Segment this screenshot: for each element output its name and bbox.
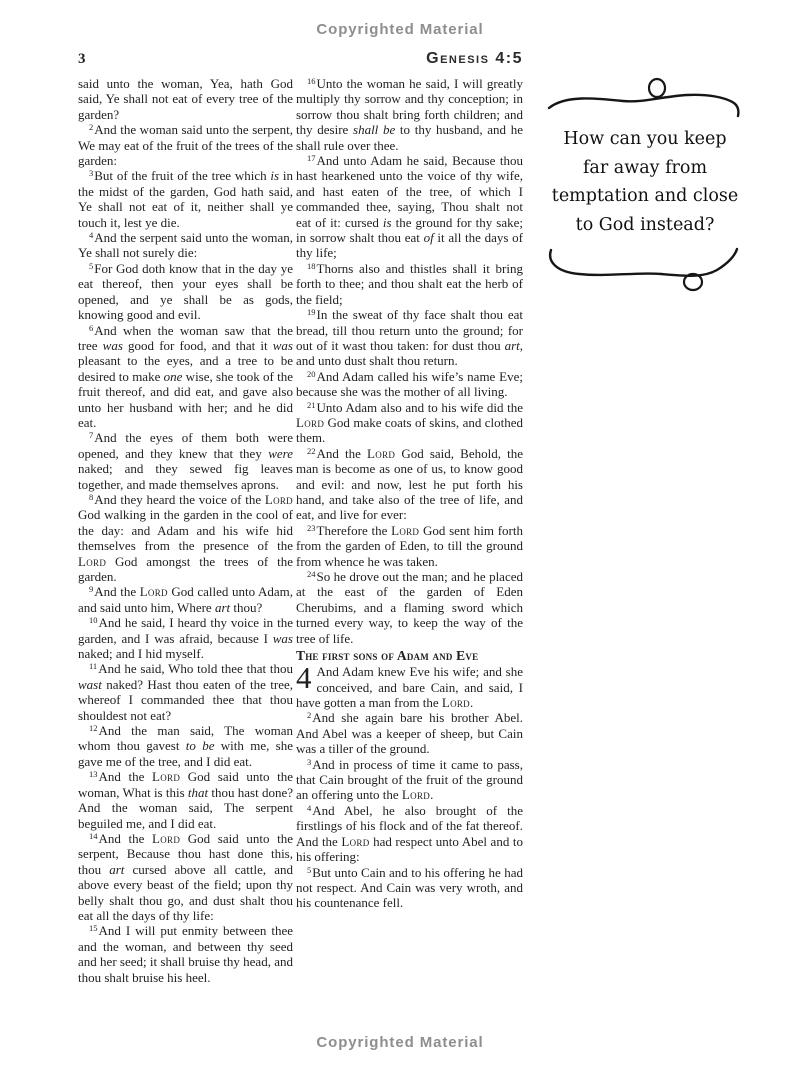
verse-number: 9: [89, 584, 93, 594]
lord-smallcaps: Lord: [341, 834, 369, 849]
verse: 14And the Lord God said unto the serpent…: [78, 831, 293, 923]
verse: 5But unto Cain and to his offering he ha…: [296, 865, 523, 911]
verse: 9And the Lord God called unto Adam, and …: [78, 584, 293, 615]
verse-number: 21: [307, 400, 316, 410]
lord-smallcaps: Lord: [140, 584, 168, 599]
verse: 17And unto Adam he said, Because thou ha…: [296, 153, 523, 261]
verse: 4And Abel, he also brought of the firstl…: [296, 803, 523, 865]
lord-smallcaps: Lord: [402, 787, 430, 802]
verse: 23Therefore the Lord God sent him forth …: [296, 523, 523, 569]
verse: 5For God doth know that in the day ye ea…: [78, 261, 293, 323]
verse-number: 10: [89, 615, 98, 625]
study-question-callout: How can you keep far away from temptatio…: [538, 70, 752, 292]
verse-number: 5: [307, 865, 311, 875]
chapter-number: 4: [296, 664, 317, 691]
verse-number: 2: [307, 710, 311, 720]
verse-number: 22: [307, 446, 316, 456]
verse: 12And the man said, The woman whom thou …: [78, 723, 293, 769]
callout-line: temptation and close: [538, 182, 752, 211]
verse-number: 4: [307, 803, 311, 813]
lord-smallcaps: Lord: [442, 695, 470, 710]
verse-number: 2: [89, 122, 93, 132]
verse: 3And in process of time it came to pass,…: [296, 757, 523, 803]
lord-smallcaps: Lord: [391, 523, 419, 538]
verse-number: 8: [89, 492, 93, 502]
lord-smallcaps: Lord: [78, 554, 106, 569]
lord-smallcaps: Lord: [296, 415, 324, 430]
verse: 7And the eyes of them both were opened, …: [78, 430, 293, 492]
lord-smallcaps: Lord: [265, 492, 293, 507]
verse-number: 11: [89, 661, 97, 671]
verse: 19In the sweat of thy face shalt thou ea…: [296, 307, 523, 369]
verse-number: 15: [89, 923, 98, 933]
verse-number: 3: [307, 757, 311, 767]
watermark-top: Copyrighted Material: [0, 21, 800, 38]
verse: 21Unto Adam also and to his wife did the…: [296, 400, 523, 446]
callout-line: far away from: [538, 154, 752, 183]
verse: 8And they heard the voice of the Lord Go…: [78, 492, 293, 584]
verse: 18Thorns also and thistles shall it brin…: [296, 261, 523, 307]
chapter-start: 4And Adam knew Eve his wife; and she con…: [296, 664, 523, 710]
verse-number: 7: [89, 430, 93, 440]
verse-number: 17: [307, 153, 316, 163]
verse-number: 24: [307, 569, 316, 579]
verse: 2And the woman said unto the serpent, We…: [78, 122, 293, 168]
verse: 3But of the fruit of the tree which is i…: [78, 168, 293, 230]
verse: 4And the serpent said unto the woman, Ye…: [78, 230, 293, 261]
running-head: Genesis 4:5: [426, 50, 523, 68]
verse: 24So he drove out the man; and he placed…: [296, 569, 523, 646]
verse-number: 6: [89, 323, 93, 333]
page-header: 3 Genesis 4:5: [78, 50, 523, 68]
verse: 10And he said, I heard thy voice in the …: [78, 615, 293, 661]
verse-number: 12: [89, 723, 98, 733]
verse: 22And the Lord God said, Behold, the man…: [296, 446, 523, 523]
callout-line: How can you keep: [538, 125, 752, 154]
lord-smallcaps: Lord: [367, 446, 395, 461]
verse-number: 3: [89, 168, 93, 178]
verse: 6And when the woman saw that the tree wa…: [78, 323, 293, 431]
verse: 15And I will put enmity between thee and…: [78, 923, 293, 985]
callout-question: How can you keep far away from temptatio…: [538, 125, 752, 239]
right-text-column: 16Unto the woman he said, I will greatly…: [296, 76, 523, 1036]
verse-number: 19: [307, 307, 316, 317]
page-number: 3: [78, 51, 86, 68]
verse-number: 13: [89, 769, 98, 779]
verse-number: 23: [307, 523, 316, 533]
verse: 20And Adam called his wife’s name Eve; b…: [296, 369, 523, 400]
lord-smallcaps: Lord: [152, 831, 180, 846]
section-heading: The first sons of Adam and Eve: [296, 648, 523, 663]
verse: 11And he said, Who told thee that thou w…: [78, 661, 293, 723]
verse-number: 20: [307, 369, 316, 379]
lord-smallcaps: Lord: [152, 769, 180, 784]
flourish-top-icon: [545, 70, 745, 118]
verse: 2And she again bare his brother Abel. An…: [296, 710, 523, 756]
callout-line: to God instead?: [538, 211, 752, 240]
verse: 16Unto the woman he said, I will greatly…: [296, 76, 523, 153]
flourish-bottom-icon: [545, 246, 745, 292]
verse-number: 18: [307, 261, 316, 271]
verse-continuation: said unto the woman, Yea, hath God said,…: [78, 76, 293, 122]
bible-page: Copyrighted Material 3 Genesis 4:5 said …: [0, 0, 800, 1078]
watermark-bottom: Copyrighted Material: [0, 1034, 800, 1051]
left-text-column: said unto the woman, Yea, hath God said,…: [78, 76, 293, 1036]
verse: 13And the Lord God said unto the woman, …: [78, 769, 293, 831]
verse-number: 5: [89, 261, 93, 271]
verse-number: 14: [89, 831, 98, 841]
verse-number: 16: [307, 76, 316, 86]
verse-number: 4: [89, 230, 93, 240]
